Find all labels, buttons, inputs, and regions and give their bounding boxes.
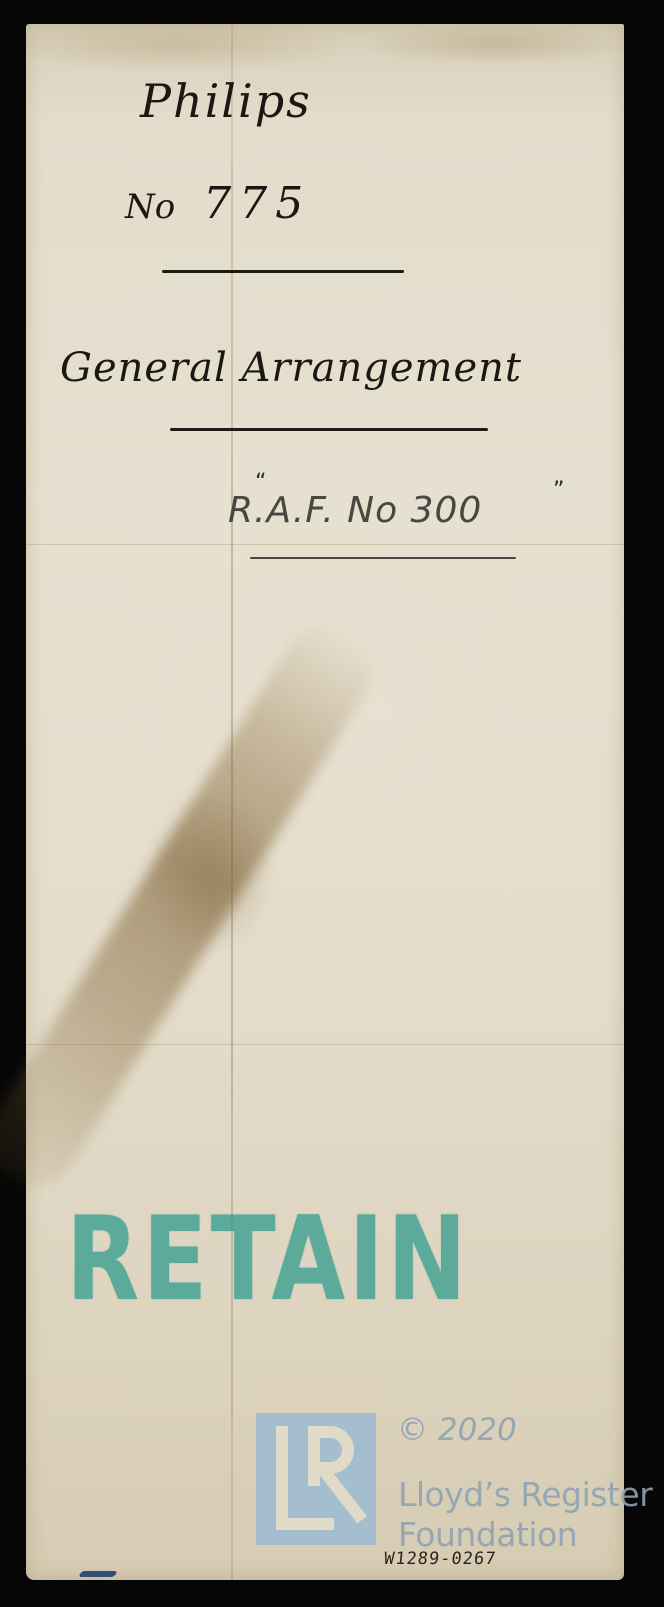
logo-letter-l (276, 1426, 288, 1530)
lr-foundation-logo (256, 1413, 376, 1545)
retain-stamp: RETAIN (66, 1192, 470, 1327)
title-underline (170, 428, 488, 431)
subtitle-underline (250, 557, 516, 559)
organization-name-line1: Lloyd’s Register (398, 1475, 652, 1514)
handwritten-number: No775 (125, 178, 311, 229)
logo-letter-r (308, 1426, 354, 1474)
horizontal-fold-crease (26, 544, 624, 545)
brown-smudge-stain (146, 794, 276, 954)
copyright-notice: © 2020 (397, 1412, 517, 1448)
document-paper (26, 24, 624, 1580)
handwritten-subtitle: R.A.F. No 300 (228, 490, 482, 531)
close-quote-mark: ” (553, 478, 564, 503)
handwritten-name: Philips (140, 74, 312, 128)
number-prefix: No (125, 187, 175, 227)
logo-letter-r (318, 1466, 367, 1524)
handwritten-title: General Arrangement (60, 345, 522, 391)
reference-number: W1289-0267 (383, 1549, 497, 1569)
logo-letter-l (276, 1518, 334, 1530)
number-underline (162, 270, 404, 273)
blue-backing-edge (78, 1571, 117, 1577)
number-value: 775 (203, 178, 311, 229)
